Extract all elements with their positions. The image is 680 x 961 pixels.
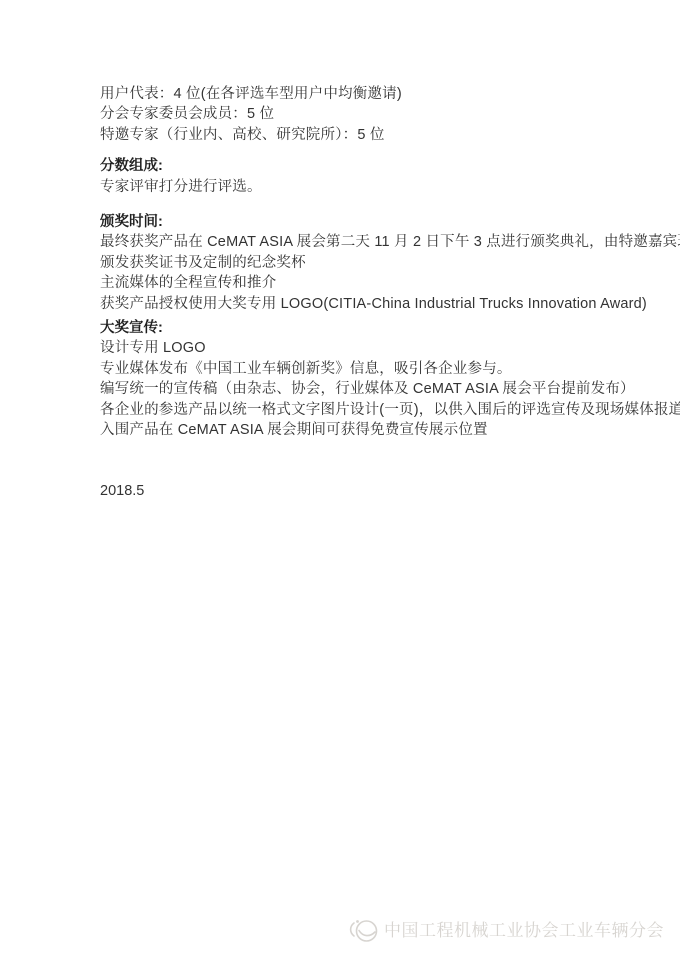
document-section-4: 大奖宣传:设计专用 LOGO专业媒体发布《中国工业车辆创新奖》信息，吸引各企业参…	[100, 318, 610, 440]
document-date: 2018.5	[100, 481, 610, 501]
text-line: 最终获奖产品在 CeMAT ASIA 展会第二天 11 月 2 日下午 3 点进…	[100, 232, 610, 252]
text-line: 用户代表：4 位(在各评选车型用户中均衡邀请)	[100, 84, 610, 104]
text-line: 设计专用 LOGO	[100, 338, 610, 358]
text-line: 主流媒体的全程宣传和推介	[100, 273, 610, 293]
watermark-text: 中国工程机械工业协会工业车辆分会	[384, 917, 664, 945]
text-line: 获奖产品授权使用大奖专用 LOGO(CITIA-China Industrial…	[100, 294, 610, 314]
document-section-1: 用户代表：4 位(在各评选车型用户中均衡邀请)分会专家委员会成员：5 位特邀专家…	[100, 84, 610, 145]
document-body: 用户代表：4 位(在各评选车型用户中均衡邀请)分会专家委员会成员：5 位特邀专家…	[100, 84, 610, 501]
text-line: 专家评审打分进行评选。	[100, 177, 610, 197]
association-logo-icon	[347, 916, 379, 946]
text-line: 分会专家委员会成员：5 位	[100, 104, 610, 124]
document-page: 用户代表：4 位(在各评选车型用户中均衡邀请)分会专家委员会成员：5 位特邀专家…	[0, 0, 680, 961]
section-heading: 颁奖时间:	[100, 212, 610, 232]
section-heading: 大奖宣传:	[100, 318, 610, 338]
section-heading: 分数组成:	[100, 156, 610, 176]
footer-watermark: 中国工程机械工业协会工业车辆分会	[347, 916, 664, 946]
document-section-2: 分数组成:专家评审打分进行评选。	[100, 156, 610, 197]
text-line: 编写统一的宣传稿（由杂志、协会，行业媒体及 CeMAT ASIA 展会平台提前发…	[100, 379, 610, 399]
document-section-3: 颁奖时间:最终获奖产品在 CeMAT ASIA 展会第二天 11 月 2 日下午…	[100, 212, 610, 314]
text-line: 颁发获奖证书及定制的纪念奖杯	[100, 253, 610, 273]
text-line: 各企业的参选产品以统一格式文字图片设计(一页)，以供入围后的评选宣传及现场媒体报…	[100, 400, 610, 420]
text-line: 特邀专家（行业内、高校、研究院所）：5 位	[100, 125, 610, 145]
text-line: 入围产品在 CeMAT ASIA 展会期间可获得免费宣传展示位置	[100, 420, 610, 440]
text-line: 专业媒体发布《中国工业车辆创新奖》信息，吸引各企业参与。	[100, 359, 610, 379]
